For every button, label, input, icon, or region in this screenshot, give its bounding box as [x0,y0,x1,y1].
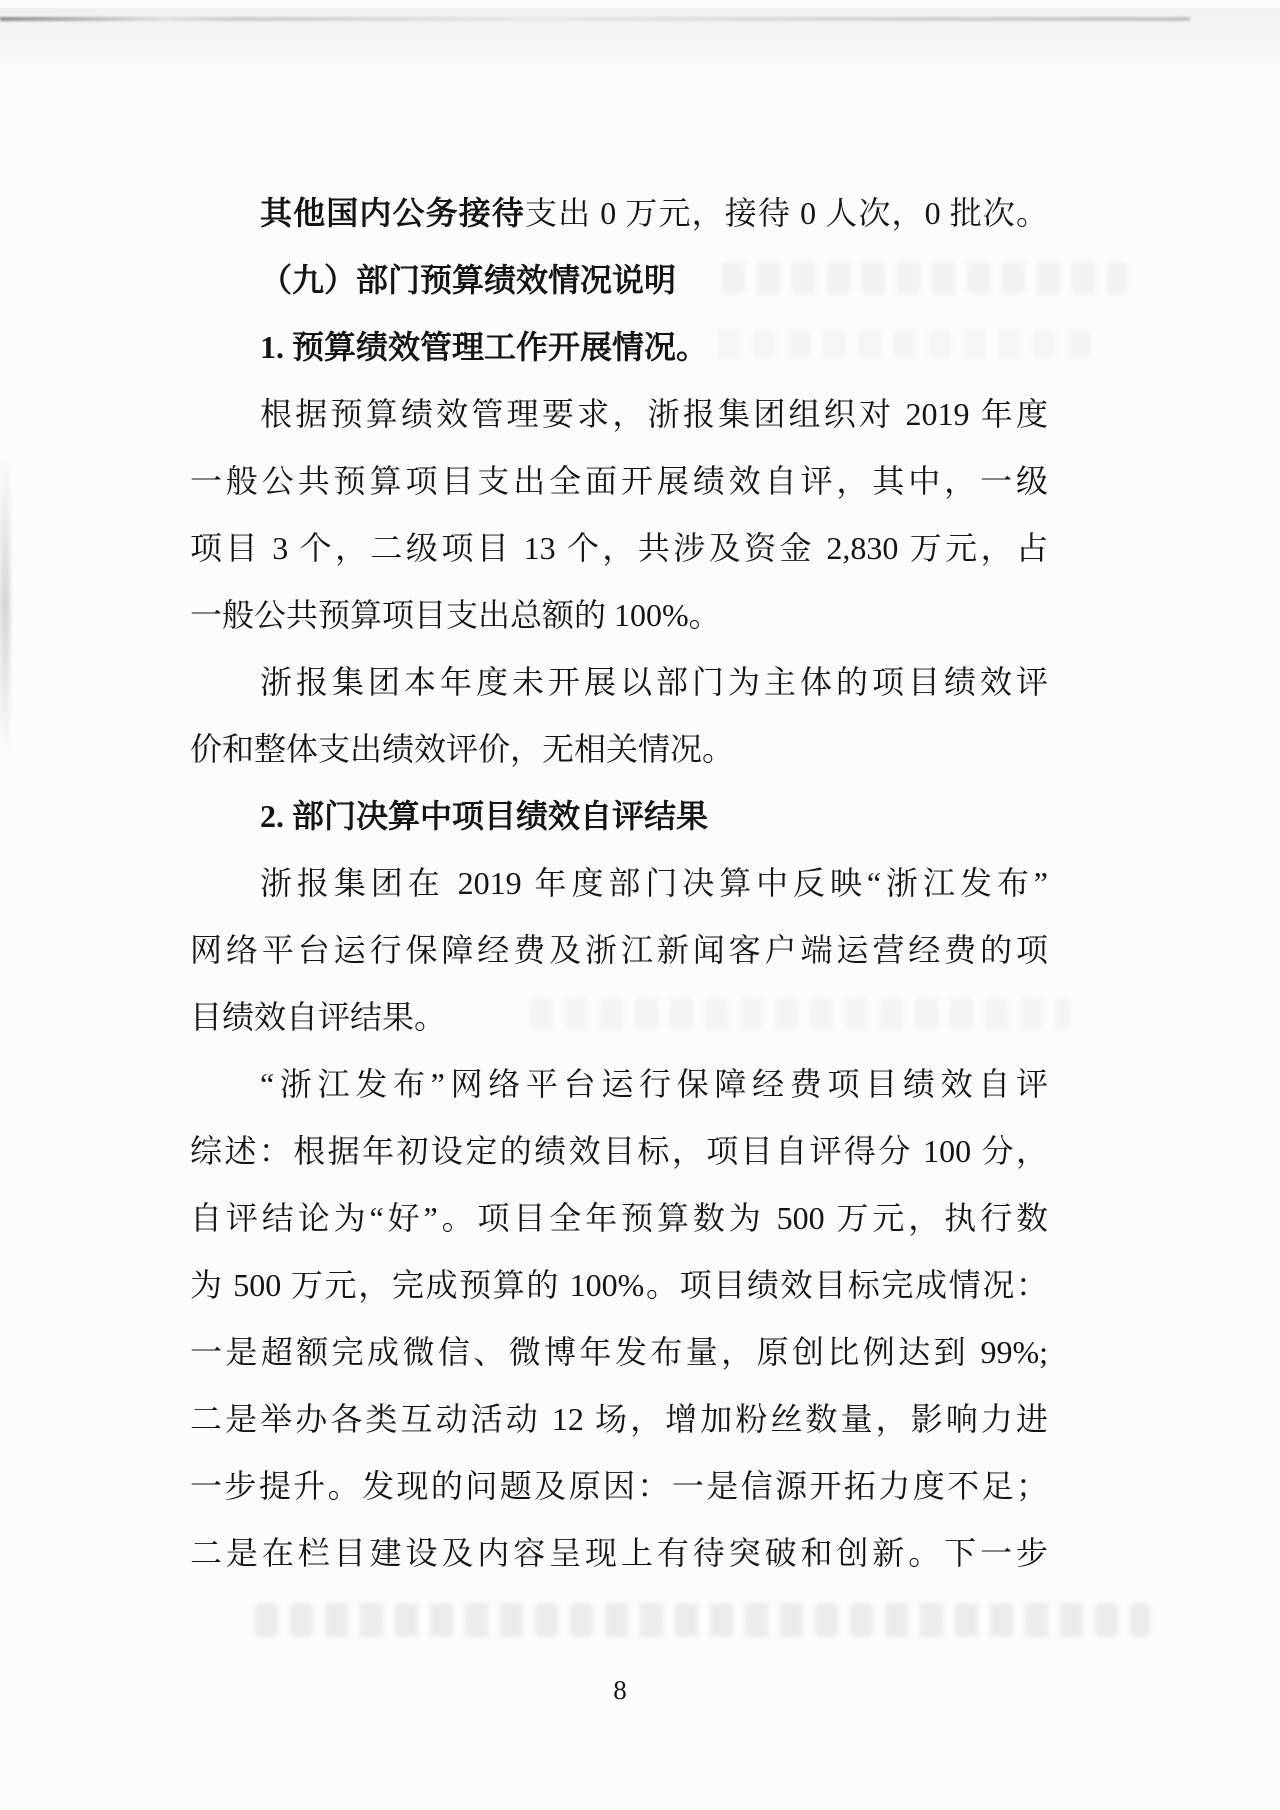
text-segment: 浙报集团本年度未开展以部门为主体的项目绩效评 [260,664,1048,700]
text-line: 浙报集团在 2019 年度部门决算中反映“浙江发布” [190,850,1048,917]
text-line: 其他国内公务接待支出 0 万元，接待 0 人次，0 批次。 [190,180,1048,247]
text-segment-bold: 1. 预算绩效管理工作开展情况。 [260,329,708,365]
text-segment: 二是在栏目建设及内容呈现上有待突破和创新。下一步 [190,1535,1048,1571]
text-segment: 价和整体支出绩效评价，无相关情况。 [190,731,734,767]
text-segment: 一般公共预算项目支出全面开展绩效自评，其中，一级 [190,463,1048,499]
text-line: 一步提升。发现的问题及原因：一是信源开拓力度不足； [190,1453,1048,1520]
text-segment: 一步提升。发现的问题及原因：一是信源开拓力度不足； [190,1468,1048,1504]
text-line: 为 500 万元，完成预算的 100%。项目绩效目标完成情况： [190,1252,1048,1319]
text-segment-bold: 其他国内公务接待 [260,195,525,231]
text-segment: 根据预算绩效管理要求，浙报集团组织对 2019 年度 [260,396,1048,432]
document-body: 其他国内公务接待支出 0 万元，接待 0 人次，0 批次。（九）部门预算绩效情况… [190,180,1048,1587]
text-segment: 自评结论为“好”。项目全年预算数为 500 万元，执行数 [190,1200,1048,1236]
text-line: 二是在栏目建设及内容呈现上有待突破和创新。下一步 [190,1520,1048,1587]
text-line: “浙江发布”网络平台运行保障经费项目绩效自评 [190,1051,1048,1118]
text-segment: 综述：根据年初设定的绩效目标，项目自评得分 100 分， [190,1133,1048,1169]
text-line: 网络平台运行保障经费及浙江新闻客户端运营经费的项 [190,917,1048,984]
text-segment: 二是举办各类互动活动 12 场，增加粉丝数量，影响力进 [190,1401,1048,1437]
text-line: 自评结论为“好”。项目全年预算数为 500 万元，执行数 [190,1185,1048,1252]
text-line: 目绩效自评结果。 [190,984,1048,1051]
text-segment: 一般公共预算项目支出总额的 100%。 [190,597,721,633]
text-segment: 项目 3 个，二级项目 13 个，共涉及资金 2,830 万元，占 [190,530,1048,566]
text-segment: 为 500 万元，完成预算的 100%。项目绩效目标完成情况： [190,1267,1048,1303]
scan-edge-line [0,17,1190,21]
text-line: 浙报集团本年度未开展以部门为主体的项目绩效评 [190,649,1048,716]
text-line: 项目 3 个，二级项目 13 个，共涉及资金 2,830 万元，占 [190,515,1048,582]
text-line: 二是举办各类互动活动 12 场，增加粉丝数量，影响力进 [190,1386,1048,1453]
text-segment: “浙江发布”网络平台运行保障经费项目绩效自评 [260,1066,1048,1102]
text-line: 1. 预算绩效管理工作开展情况。 [190,314,1048,381]
text-segment: 网络平台运行保障经费及浙江新闻客户端运营经费的项 [190,932,1048,968]
text-line: 一般公共预算项目支出全面开展绩效自评，其中，一级 [190,448,1048,515]
text-line: （九）部门预算绩效情况说明 [190,247,1048,314]
text-segment-bold: （九）部门预算绩效情况说明 [260,262,676,298]
text-segment: 一是超额完成微信、微博年发布量，原创比例达到 99%; [190,1334,1048,1370]
page-number: 8 [0,1672,1240,1708]
text-segment: 支出 0 万元，接待 0 人次，0 批次。 [525,195,1048,231]
scan-smudge [0,455,10,755]
text-line: 2. 部门决算中项目绩效自评结果 [190,783,1048,850]
text-line: 一般公共预算项目支出总额的 100%。 [190,582,1048,649]
text-segment-bold: 2. 部门决算中项目绩效自评结果 [260,798,708,834]
text-line: 综述：根据年初设定的绩效目标，项目自评得分 100 分， [190,1118,1048,1185]
text-segment: 目绩效自评结果。 [190,999,446,1035]
text-line: 一是超额完成微信、微博年发布量，原创比例达到 99%; [190,1319,1048,1386]
text-line: 价和整体支出绩效评价，无相关情况。 [190,716,1048,783]
text-segment: 浙报集团在 2019 年度部门决算中反映“浙江发布” [260,865,1048,901]
text-line: 根据预算绩效管理要求，浙报集团组织对 2019 年度 [190,381,1048,448]
document-page: 其他国内公务接待支出 0 万元，接待 0 人次，0 批次。（九）部门预算绩效情况… [0,0,1280,1810]
scan-smudge [255,1603,1150,1637]
